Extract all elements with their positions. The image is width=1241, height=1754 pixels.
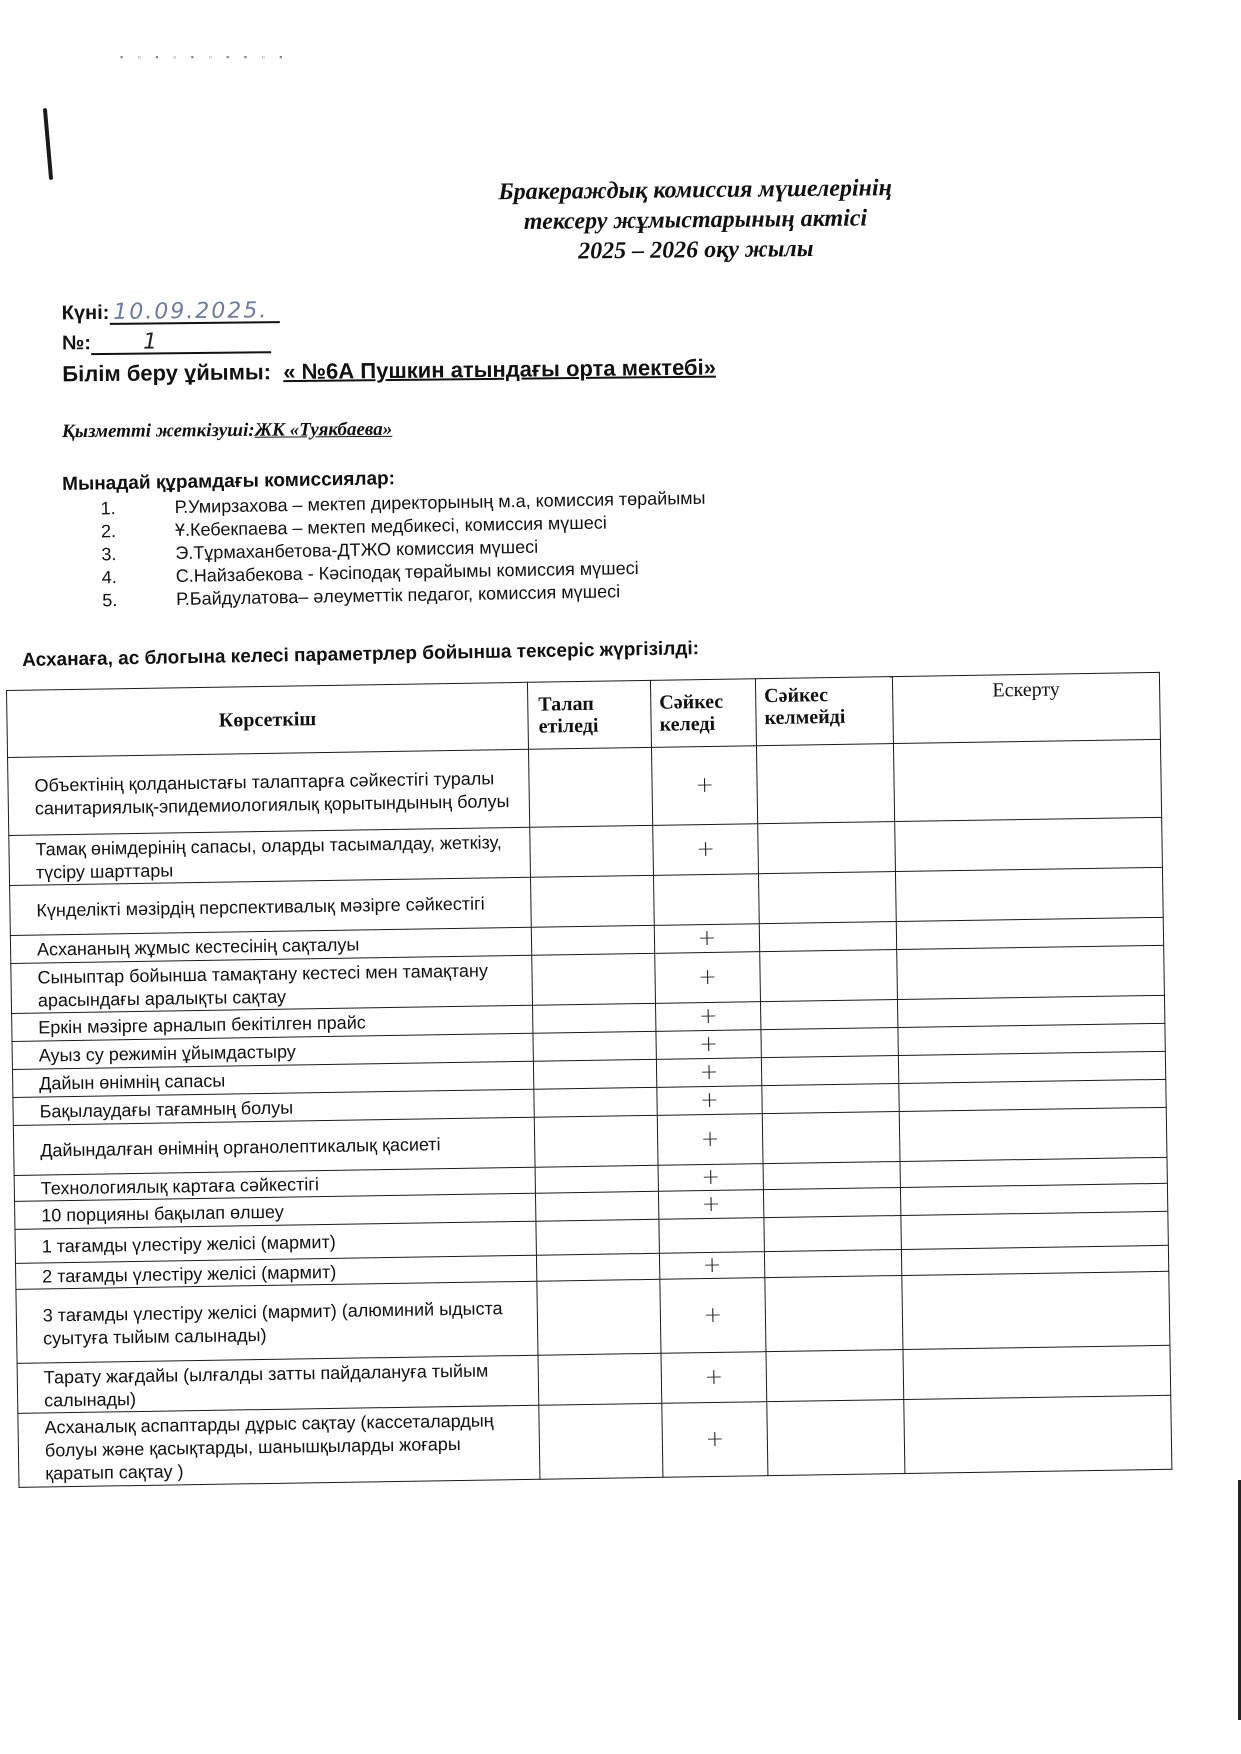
- complies-cell: [659, 1218, 765, 1254]
- inspection-heading: Асханаға, ас блогына келесі параметрлер …: [22, 638, 699, 672]
- note-cell: [901, 1211, 1169, 1249]
- header-note: Ескерту: [892, 672, 1160, 743]
- required-cell: [531, 925, 654, 955]
- not-complies-cell: [763, 1162, 900, 1190]
- complies-cell: +: [656, 1002, 761, 1032]
- not-complies-cell: [760, 1000, 897, 1030]
- note-cell: [898, 1051, 1165, 1083]
- complies-cell: +: [656, 1030, 761, 1060]
- required-cell: [533, 1059, 656, 1089]
- required-cell: [536, 1253, 659, 1281]
- note-cell: [898, 1023, 1165, 1055]
- not-complies-cell: [759, 922, 896, 952]
- scan-artifact: ▪ ▫ ▪ ▫ ▪ ▫ ▪ ▪ ▫ ▪: [120, 52, 288, 62]
- indicator-cell: 3 тағамды үлестіру желісі (мармит) (алюм…: [16, 1281, 538, 1363]
- complies-cell: +: [654, 924, 759, 954]
- commission-members-list: 1.Р.Умирзахова – мектеп директорының м.а…: [62, 487, 707, 613]
- number-label: №:: [62, 332, 91, 355]
- organization-value: « №6А Пушкин атындағы орта мектебі»: [283, 355, 716, 385]
- required-cell: [534, 1115, 658, 1167]
- required-cell: [536, 1219, 660, 1255]
- not-complies-cell: [761, 1056, 898, 1086]
- indicator-cell: Тарату жағдайы (ылғалды затты пайдалануғ…: [17, 1355, 539, 1413]
- required-cell: [539, 1403, 663, 1479]
- note-cell: [903, 1345, 1171, 1399]
- not-complies-cell: [762, 1084, 899, 1114]
- supplier-value: ЖК «Туякбаева»: [255, 419, 393, 441]
- complies-cell: +: [662, 1402, 768, 1478]
- note-cell: [895, 817, 1163, 871]
- indicator-cell: Күнделікті мәзірдің перспективалық мәзір…: [10, 877, 532, 935]
- number-field: 1: [91, 325, 271, 355]
- note-cell: [899, 1079, 1166, 1111]
- complies-cell: +: [651, 746, 757, 826]
- required-cell: [530, 825, 654, 877]
- header-required: Талап етіледі: [527, 680, 651, 749]
- complies-cell: +: [660, 1278, 766, 1354]
- member-number: 3.: [63, 542, 175, 567]
- required-cell: [535, 1191, 658, 1221]
- required-cell: [533, 1031, 656, 1061]
- not-complies-cell: [760, 950, 898, 1002]
- header-not-complies: Сәйкес келмейді: [755, 677, 893, 746]
- required-cell: [531, 875, 655, 927]
- member-number: 5.: [64, 588, 176, 613]
- member-number: 2.: [63, 519, 175, 544]
- member-number: 1.: [62, 496, 174, 521]
- required-cell: [534, 1087, 657, 1117]
- not-complies-cell: [762, 1112, 900, 1164]
- complies-cell: +: [656, 1058, 761, 1088]
- organization-label: Білім беру ұйымы:: [62, 359, 271, 386]
- table-body: Объектінің қолданыстағы талаптарға сәйке…: [8, 739, 1172, 1487]
- indicator-cell: Тамақ өнімдерінің сапасы, оларды тасымал…: [9, 827, 531, 885]
- not-complies-cell: [767, 1399, 905, 1475]
- required-cell: [538, 1353, 662, 1405]
- note-cell: [893, 739, 1161, 821]
- indicator-cell: Асханалық аспаптарды дұрыс сақтау (кассе…: [18, 1405, 540, 1487]
- date-field: 10.09.2025.: [109, 295, 279, 325]
- note-cell: [897, 945, 1165, 999]
- indicator-cell: Дайындалған өнімнің органолептикалық қас…: [13, 1117, 535, 1175]
- header-complies: Сәйкес келеді: [650, 679, 756, 748]
- not-complies-cell: [756, 744, 894, 824]
- complies-cell: +: [659, 1252, 764, 1280]
- not-complies-cell: [764, 1250, 901, 1278]
- organization-row: Білім беру ұйымы: « №6А Пушкин атындағы …: [62, 355, 716, 388]
- required-cell: [533, 1003, 656, 1033]
- complies-cell: [653, 874, 759, 926]
- not-complies-cell: [758, 822, 896, 874]
- indicator-cell: Сыныптар бойынша тамақтану кестесі мен т…: [11, 955, 533, 1013]
- complies-cell: +: [657, 1114, 763, 1166]
- header-indicator: Көрсеткіш: [7, 682, 529, 757]
- note-cell: [900, 1183, 1167, 1215]
- note-cell: [895, 867, 1163, 921]
- not-complies-cell: [766, 1349, 904, 1401]
- not-complies-cell: [758, 872, 896, 924]
- note-cell: [904, 1395, 1172, 1473]
- not-complies-cell: [761, 1028, 898, 1058]
- not-complies-cell: [763, 1188, 900, 1218]
- required-cell: [528, 747, 652, 827]
- note-cell: [899, 1107, 1167, 1161]
- note-cell: [896, 917, 1163, 949]
- complies-cell: +: [657, 1086, 762, 1116]
- document-title: Бракераждық комиссия мүшелерінің тексеру…: [0, 170, 1241, 273]
- complies-cell: +: [658, 1164, 763, 1192]
- supplier-label: Қызметті жеткізуші:: [62, 420, 255, 442]
- margin-pen-mark: [43, 108, 53, 180]
- required-cell: [535, 1165, 658, 1193]
- required-cell: [537, 1279, 661, 1355]
- inspection-table: Көрсеткіш Талап етіледі Сәйкес келеді Сә…: [6, 672, 1172, 1488]
- member-number: 4.: [64, 565, 176, 590]
- date-value: 10.09.2025.: [113, 298, 268, 325]
- note-cell: [897, 995, 1164, 1027]
- required-cell: [532, 953, 656, 1005]
- complies-cell: +: [661, 1352, 767, 1404]
- commission-section: Мынадай құрамдағы комиссиялар: 1.Р.Умирз…: [62, 463, 707, 613]
- inspection-table-wrapper: Көрсеткіш Талап етіледі Сәйкес келеді Сә…: [6, 672, 1172, 1488]
- date-label: Күні:: [62, 302, 110, 325]
- indicator-cell: Объектінің қолданыстағы талаптарға сәйке…: [8, 749, 530, 835]
- complies-cell: +: [653, 824, 759, 876]
- document-meta: Күні: 10.09.2025. №: 1 Білім беру ұйымы:…: [62, 289, 716, 388]
- complies-cell: +: [655, 952, 761, 1004]
- supplier-line: Қызметті жеткізуші:ЖК «Туякбаева»: [62, 419, 392, 443]
- not-complies-cell: [764, 1216, 902, 1252]
- scanned-page: ▪ ▫ ▪ ▫ ▪ ▫ ▪ ▪ ▫ ▪ Бракераждық комиссия…: [0, 0, 1241, 1754]
- number-value: 1: [143, 329, 159, 354]
- note-cell: [902, 1271, 1170, 1349]
- complies-cell: +: [658, 1190, 763, 1220]
- not-complies-cell: [765, 1276, 903, 1352]
